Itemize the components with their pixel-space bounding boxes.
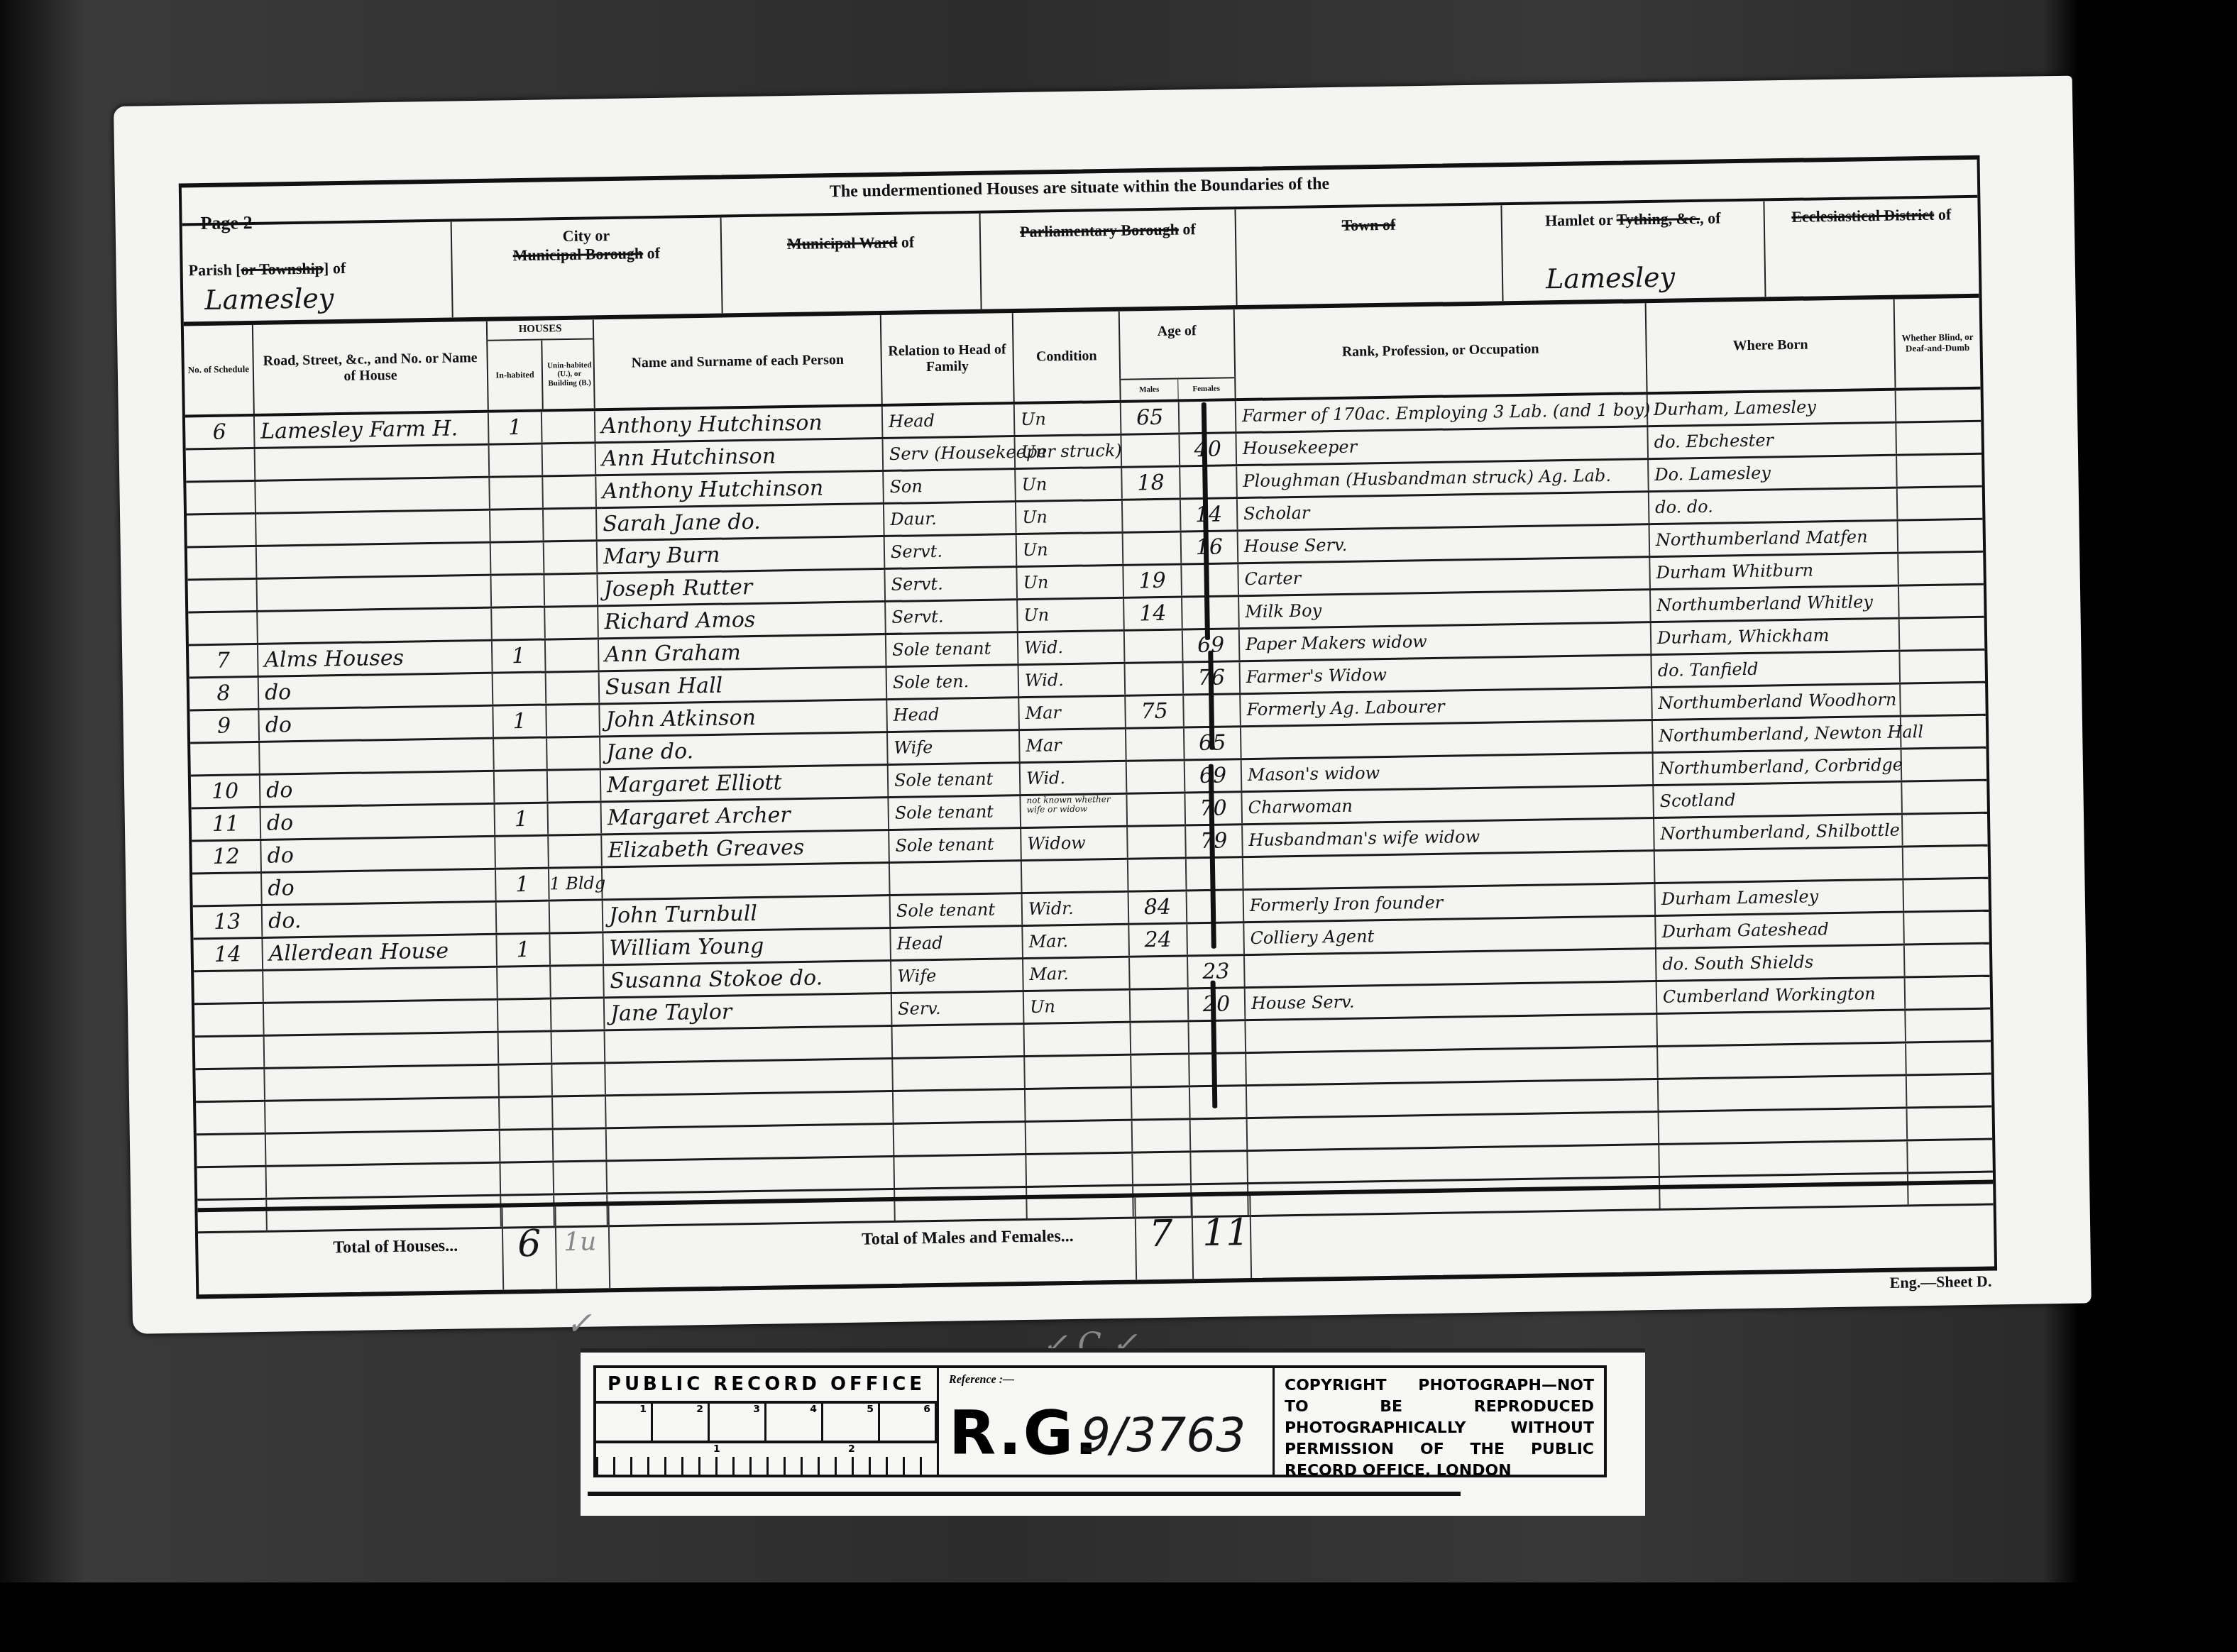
blind-deaf-cell bbox=[1903, 879, 1989, 911]
blind-deaf-cell bbox=[1903, 847, 1989, 879]
occupation-cell: Farmer of 170ac. Employing 3 Lab. (and 1… bbox=[1236, 395, 1649, 431]
birthplace-cell: Durham, Lamesley bbox=[1648, 391, 1897, 425]
admin-ecclesiastical-district: Ecclesiastical District of bbox=[1764, 198, 1979, 297]
ecclesiastical-label-struck: Ecclesiastical District bbox=[1791, 206, 1934, 226]
col-occupation: Rank, Profession, or Occupation bbox=[1235, 303, 1648, 398]
uninhabited-cell bbox=[543, 476, 597, 507]
table-body: 6Lamesley Farm H.1Anthony HutchinsonHead… bbox=[185, 390, 1994, 1234]
road-cell: do bbox=[259, 674, 494, 708]
parliamentary-label-struck: Parliamentary Borough bbox=[1020, 220, 1179, 241]
total-persons-label: Total of Males and Females... bbox=[862, 1227, 1074, 1250]
name-cell: Anthony Hutchinson bbox=[595, 407, 884, 441]
age-female-cell: 40 bbox=[1180, 434, 1237, 465]
schedule-cell: 11 bbox=[192, 808, 262, 840]
blind-deaf-cell bbox=[1898, 488, 1983, 519]
uninhabited-cell bbox=[551, 966, 605, 997]
relation-cell bbox=[894, 1090, 1026, 1123]
inhabited-cell bbox=[492, 608, 546, 639]
relation-cell: Servt. bbox=[885, 568, 1018, 600]
inhabited-cell bbox=[495, 836, 549, 867]
relation-cell: Head bbox=[891, 927, 1023, 959]
birthplace-cell: Cumberland Workington bbox=[1657, 978, 1906, 1012]
relation-cell: Sole tenant bbox=[889, 796, 1021, 829]
occupation-cell: Husbandman's wife widow bbox=[1243, 819, 1655, 856]
birthplace-cell: Durham Whitburn bbox=[1650, 554, 1899, 588]
uninhabited-cell bbox=[548, 770, 602, 801]
pro-title: PUBLIC RECORD OFFICE bbox=[596, 1368, 937, 1404]
blind-deaf-cell bbox=[1905, 945, 1990, 976]
age-male-cell bbox=[1132, 1087, 1191, 1118]
occupation-cell bbox=[1247, 1080, 1659, 1117]
age-male-cell bbox=[1128, 826, 1187, 857]
condition-cell: Mar. bbox=[1023, 958, 1131, 990]
relation-cell: Sole tenant bbox=[891, 894, 1023, 927]
age-group-label: Age of bbox=[1157, 323, 1196, 340]
road-cell bbox=[255, 446, 490, 480]
name-cell: Susanna Stokoe do. bbox=[604, 962, 892, 996]
inhabited-cell bbox=[490, 478, 544, 509]
name-cell: Joseph Rutter bbox=[598, 570, 886, 605]
age-male-cell bbox=[1128, 859, 1187, 890]
blind-deaf-cell bbox=[1907, 1108, 1992, 1140]
relation-cell: Head bbox=[887, 698, 1020, 731]
age-female-cell bbox=[1182, 597, 1240, 628]
scan-background-bottom bbox=[0, 1582, 2237, 1652]
age-male-cell bbox=[1121, 434, 1180, 466]
schedule-cell bbox=[186, 482, 256, 514]
occupation-cell: Charwoman bbox=[1242, 786, 1654, 823]
road-cell: Allerdean House bbox=[263, 935, 498, 969]
age-male-cell bbox=[1133, 1152, 1192, 1184]
blind-deaf-cell bbox=[1896, 390, 1982, 422]
name-cell: John Turnbull bbox=[603, 896, 891, 931]
age-male-cell bbox=[1126, 663, 1185, 694]
name-cell bbox=[606, 1092, 894, 1127]
col-relation: Relation to Head of Family bbox=[881, 313, 1015, 404]
occupation-cell: Mason's widow bbox=[1242, 754, 1654, 791]
birthplace-cell: Northumberland Whitley bbox=[1651, 587, 1900, 621]
name-cell: Anthony Hutchinson bbox=[596, 472, 884, 507]
hamlet-value: Lamesley bbox=[1546, 261, 1676, 294]
total-houses-label: Total of Houses... bbox=[333, 1237, 458, 1258]
age-male-cell: 84 bbox=[1129, 891, 1188, 923]
admin-municipal-ward: Municipal Ward of bbox=[722, 214, 982, 314]
public-record-office-stamp: PUBLIC RECORD OFFICE 1 2 3 4 5 6 1 2 Ref… bbox=[581, 1348, 1645, 1516]
blind-deaf-cell bbox=[1906, 1010, 1991, 1042]
blind-deaf-cell bbox=[1906, 1042, 1991, 1074]
occupation-cell: Formerly Iron founder bbox=[1244, 884, 1656, 921]
condition-cell bbox=[1026, 1121, 1133, 1153]
name-cell bbox=[607, 1125, 895, 1160]
inhabited-cell: 1 bbox=[495, 804, 549, 835]
road-cell bbox=[263, 968, 498, 1002]
birthplace-cell bbox=[1659, 1076, 1908, 1110]
birthplace-cell: do. Ebchester bbox=[1648, 424, 1897, 458]
occupation-cell: Formerly Ag. Labourer bbox=[1241, 688, 1653, 725]
ruler-cm: 1 2 3 4 5 6 bbox=[596, 1404, 937, 1443]
occupation-cell bbox=[1245, 949, 1657, 986]
age-female-cell bbox=[1180, 401, 1237, 432]
schedule-cell bbox=[192, 874, 263, 905]
inhabited-cell bbox=[500, 1130, 554, 1161]
age-female-cell: 14 bbox=[1181, 499, 1238, 530]
col-condition: Condition bbox=[1013, 312, 1121, 402]
inhabited-cell bbox=[500, 1162, 554, 1194]
parish-label-suffix: ] of bbox=[324, 259, 346, 277]
relation-cell: Daur. bbox=[884, 502, 1017, 535]
uninhabited-cell: 1 Bldg bbox=[549, 868, 603, 899]
schedule-cell bbox=[195, 1037, 265, 1069]
name-cell: Ann Graham bbox=[599, 635, 887, 670]
schedule-cell bbox=[197, 1135, 267, 1167]
uninhabited-cell bbox=[546, 639, 600, 671]
inhabited-cell bbox=[493, 673, 547, 705]
age-male-cell bbox=[1131, 989, 1189, 1020]
road-cell: Alms Houses bbox=[258, 641, 493, 676]
name-cell bbox=[603, 864, 891, 898]
occupation-cell: Carter bbox=[1238, 558, 1651, 595]
total-males: 7 bbox=[1149, 1213, 1173, 1256]
inhabited-cell bbox=[494, 739, 548, 770]
sheet-code: Eng.—Sheet D. bbox=[1890, 1272, 1992, 1292]
schedule-cell: 13 bbox=[193, 906, 263, 938]
schedule-cell bbox=[190, 743, 260, 775]
inhabited-cell bbox=[490, 445, 544, 476]
stamp-underline bbox=[588, 1492, 1461, 1496]
uninhabited-cell bbox=[550, 933, 604, 964]
schedule-cell bbox=[196, 1102, 266, 1134]
birthplace-cell bbox=[1657, 1011, 1906, 1045]
blind-deaf-cell bbox=[1896, 422, 1982, 454]
schedule-cell: 9 bbox=[189, 710, 260, 742]
condition-cell bbox=[1025, 1056, 1132, 1088]
birthplace-cell bbox=[1659, 1141, 1908, 1175]
road-cell: do bbox=[259, 707, 494, 741]
schedule-cell bbox=[187, 514, 257, 546]
occupation-cell: Farmer's Widow bbox=[1240, 656, 1652, 693]
uninhabited-cell bbox=[547, 737, 601, 769]
inhabited-cell: 1 bbox=[493, 641, 546, 672]
blind-deaf-cell bbox=[1902, 781, 1987, 813]
admin-parliamentary-borough: Parliamentary Borough of bbox=[981, 209, 1238, 309]
name-cell: Margaret Elliott bbox=[601, 766, 889, 800]
name-cell: Richard Amos bbox=[598, 602, 886, 637]
census-form: The undermentioned Houses are situate wi… bbox=[179, 155, 1997, 1299]
occupation-cell bbox=[1246, 1047, 1659, 1084]
age-female-cell bbox=[1190, 1086, 1248, 1118]
uninhabited-cell bbox=[553, 1096, 607, 1128]
blind-deaf-cell bbox=[1907, 1075, 1992, 1107]
col-inhabited: In-habited bbox=[488, 341, 544, 410]
inhabited-cell: 1 bbox=[493, 706, 547, 737]
age-male-cell bbox=[1123, 532, 1182, 563]
relation-cell: Servt. bbox=[885, 535, 1018, 568]
reference-section: Reference :— R.G. 9/3763 bbox=[939, 1368, 1275, 1475]
inhabited-cell bbox=[495, 771, 549, 803]
birthplace-cell: Northumberland, Corbridge bbox=[1654, 750, 1903, 784]
schedule-cell bbox=[186, 449, 256, 481]
relation-cell: Serv (Housekeeper struck) bbox=[884, 437, 1016, 470]
name-cell bbox=[607, 1157, 895, 1192]
blind-deaf-cell bbox=[1900, 651, 1985, 683]
condition-cell: Un bbox=[1015, 403, 1122, 435]
relation-cell: Wife bbox=[891, 959, 1024, 992]
inhabited-cell bbox=[497, 901, 551, 932]
birthplace-cell bbox=[1659, 1108, 1908, 1142]
occupation-cell bbox=[1248, 1113, 1660, 1150]
age-male-cell bbox=[1123, 500, 1182, 531]
copyright-notice: COPYRIGHT PHOTOGRAPH—NOT TO BE REPRODUCE… bbox=[1275, 1368, 1604, 1475]
schedule-cell: 10 bbox=[191, 776, 261, 808]
col-road: Road, Street, &c., and No. or Name of Ho… bbox=[253, 321, 489, 414]
total-houses-inhabited: 6 bbox=[517, 1223, 542, 1266]
blind-deaf-cell bbox=[1902, 749, 1987, 781]
relation-cell: Serv. bbox=[892, 992, 1025, 1025]
road-cell: do. bbox=[263, 903, 498, 937]
birthplace-cell: do. South Shields bbox=[1656, 946, 1906, 980]
condition-cell: Un bbox=[1024, 991, 1131, 1023]
ruler-inch: 1 2 bbox=[596, 1443, 937, 1477]
col-age-females: Females bbox=[1178, 378, 1235, 399]
road-cell: do bbox=[261, 837, 496, 871]
road-cell bbox=[257, 544, 492, 578]
road-cell bbox=[258, 609, 493, 643]
uninhabited-cell bbox=[552, 1064, 606, 1095]
uninhabited-cell bbox=[542, 411, 596, 442]
road-cell: do bbox=[262, 870, 497, 904]
uninhabited-cell bbox=[551, 998, 605, 1030]
houses-group-label: HOUSES bbox=[488, 319, 593, 341]
name-cell: Sarah Jane do. bbox=[597, 505, 885, 539]
occupation-cell: Paper Makers widow bbox=[1240, 623, 1652, 660]
uninhabited-cell bbox=[549, 803, 603, 834]
col-age-males: Males bbox=[1121, 379, 1178, 400]
schedule-cell: 7 bbox=[189, 645, 259, 677]
name-cell: William Young bbox=[603, 929, 891, 964]
schedule-cell bbox=[197, 1167, 268, 1199]
blind-deaf-cell bbox=[1901, 716, 1986, 748]
blind-deaf-cell bbox=[1899, 585, 1984, 617]
schedule-cell: 12 bbox=[192, 841, 262, 873]
birthplace-cell: do. Tanfield bbox=[1651, 652, 1901, 686]
condition-cell: Un bbox=[1016, 501, 1123, 533]
road-cell bbox=[265, 1066, 500, 1100]
relation-cell: Sole tenant bbox=[889, 764, 1021, 796]
condition-cell: not known whether wife or widow bbox=[1021, 795, 1128, 827]
parish-label-struck: or Township bbox=[241, 259, 324, 278]
birthplace-cell: Northumberland Woodhorn bbox=[1652, 685, 1901, 719]
schedule-cell: 14 bbox=[193, 939, 263, 971]
age-female-cell bbox=[1189, 1021, 1246, 1052]
age-male-cell: 65 bbox=[1121, 402, 1180, 433]
borough-label-struck: Municipal Borough bbox=[512, 244, 643, 264]
relation-cell: Head bbox=[883, 404, 1016, 437]
total-females: 11 bbox=[1202, 1211, 1250, 1255]
road-cell: do bbox=[260, 772, 495, 806]
blind-deaf-cell bbox=[1897, 455, 1982, 487]
age-male-cell bbox=[1133, 1120, 1192, 1151]
blind-deaf-cell bbox=[1901, 683, 1986, 715]
condition-cell bbox=[1026, 1154, 1133, 1186]
occupation-cell: Colliery Agent bbox=[1244, 917, 1656, 954]
col-birthplace: Where Born bbox=[1647, 299, 1896, 392]
inhabited-cell bbox=[498, 999, 552, 1030]
admin-parish: Parish [or Township] of Lamesley bbox=[182, 222, 454, 322]
road-cell bbox=[258, 576, 493, 610]
schedule-cell bbox=[195, 1069, 265, 1101]
total-houses-uninhabited: 1u bbox=[564, 1228, 597, 1257]
road-cell bbox=[256, 511, 491, 545]
col-schedule: No. of Schedule bbox=[184, 325, 255, 415]
condition-cell: Un bbox=[1016, 468, 1123, 500]
blind-deaf-cell bbox=[1904, 912, 1989, 944]
road-cell bbox=[260, 739, 495, 773]
reference-label: Reference :— bbox=[949, 1374, 1014, 1387]
condition-cell: Mar bbox=[1019, 697, 1126, 729]
condition-cell: Mar. bbox=[1023, 925, 1130, 957]
age-male-cell: 24 bbox=[1129, 924, 1188, 955]
schedule-cell bbox=[187, 547, 258, 579]
road-cell bbox=[267, 1164, 502, 1198]
name-cell: Jane Taylor bbox=[605, 994, 893, 1029]
col-blind-deaf: Whether Blind, or Deaf-and-Dumb bbox=[1895, 298, 1981, 388]
uninhabited-cell bbox=[545, 607, 599, 638]
inhabited-cell bbox=[500, 1097, 554, 1128]
age-female-cell bbox=[1191, 1119, 1248, 1150]
admin-town: Town of bbox=[1236, 205, 1503, 305]
schedule-cell bbox=[194, 971, 264, 1003]
age-male-cell bbox=[1131, 1022, 1189, 1053]
inhabited-cell bbox=[491, 543, 545, 574]
birthplace-cell: Northumberland, Newton Hall bbox=[1653, 717, 1902, 751]
ward-label-struck: Municipal Ward bbox=[787, 233, 898, 253]
road-cell bbox=[255, 478, 490, 512]
birthplace-cell: Northumberland Matfen bbox=[1650, 522, 1899, 556]
col-age-group: Age of Males Females bbox=[1120, 309, 1236, 400]
name-cell: Ann Hutchinson bbox=[596, 439, 884, 474]
col-uninhabited: Unin-habited (U.), or Building (B.) bbox=[541, 339, 598, 409]
occupation-cell: House Serv. bbox=[1238, 525, 1651, 562]
birthplace-cell: Northumberland, Shilbottle bbox=[1654, 815, 1903, 849]
name-cell: John Atkinson bbox=[600, 700, 888, 735]
uninhabited-cell bbox=[550, 901, 604, 932]
age-female-cell: 16 bbox=[1182, 532, 1239, 563]
road-cell bbox=[265, 1033, 500, 1067]
census-sheet: The undermentioned Houses are situate wi… bbox=[114, 76, 2092, 1334]
name-cell: Susan Hall bbox=[600, 668, 888, 703]
census-table: No. of Schedule Road, Street, &c., and N… bbox=[184, 298, 1993, 1210]
occupation-cell: Housekeeper bbox=[1236, 427, 1649, 464]
condition-cell: Un bbox=[1018, 599, 1125, 631]
relation-cell bbox=[894, 1155, 1027, 1188]
schedule-cell bbox=[188, 612, 258, 644]
inhabited-cell: 1 bbox=[497, 934, 551, 965]
blind-deaf-cell bbox=[1898, 553, 1984, 585]
age-male-cell: 75 bbox=[1126, 695, 1185, 727]
uninhabited-cell bbox=[554, 1129, 608, 1160]
road-cell bbox=[266, 1131, 501, 1165]
relation-cell: Sole tenant bbox=[889, 829, 1022, 861]
birthplace-cell bbox=[1655, 848, 1904, 882]
schedule-cell: 6 bbox=[185, 417, 255, 448]
age-male-cell bbox=[1131, 1054, 1190, 1086]
birthplace-cell: Durham Lamesley bbox=[1655, 881, 1904, 915]
town-label-struck: Town of bbox=[1341, 216, 1395, 234]
parish-label-prefix: Parish [ bbox=[188, 260, 241, 279]
condition-cell bbox=[1024, 1023, 1131, 1055]
uninhabited-cell bbox=[544, 541, 598, 573]
inhabited-cell bbox=[498, 967, 551, 998]
birthplace-cell bbox=[1658, 1043, 1907, 1077]
age-female-cell bbox=[1191, 1152, 1248, 1183]
birthplace-cell: Durham, Whickham bbox=[1651, 619, 1901, 654]
road-cell bbox=[264, 1001, 499, 1035]
reference-number: 9/3763 bbox=[1081, 1408, 1246, 1463]
age-male-cell: 19 bbox=[1123, 565, 1182, 596]
condition-cell: Wid. bbox=[1019, 664, 1126, 696]
uninhabited-cell bbox=[543, 444, 597, 475]
inhabited-cell bbox=[499, 1032, 553, 1063]
name-cell: Margaret Archer bbox=[601, 798, 889, 833]
birthplace-cell: do. do. bbox=[1649, 489, 1898, 523]
condition-cell: Wid. bbox=[1018, 632, 1126, 663]
condition-cell: Mar bbox=[1020, 729, 1127, 761]
relation-cell: Son bbox=[884, 470, 1016, 502]
parish-value: Lamesley bbox=[204, 282, 334, 316]
inhabited-cell bbox=[499, 1064, 553, 1096]
col-houses-group: HOUSES In-habited Unin-habited (U.), or … bbox=[488, 319, 595, 409]
condition-cell bbox=[1022, 860, 1129, 892]
occupation-cell: Scholar bbox=[1238, 492, 1650, 529]
reference-series: R.G. bbox=[949, 1398, 1099, 1469]
occupation-cell bbox=[1248, 1145, 1660, 1182]
condition-cell: Widow bbox=[1021, 827, 1128, 859]
admin-hamlet: Hamlet or Tything, &c., of Lamesley bbox=[1502, 201, 1766, 301]
condition-cell bbox=[1026, 1089, 1133, 1120]
blind-deaf-cell bbox=[1898, 520, 1983, 552]
relation-cell: Wife bbox=[888, 731, 1021, 764]
blind-deaf-cell bbox=[1906, 977, 1991, 1009]
birthplace-cell: Scotland bbox=[1654, 783, 1903, 817]
name-cell: Jane do. bbox=[600, 733, 889, 768]
relation-cell: Sole ten. bbox=[887, 666, 1020, 698]
age-male-cell bbox=[1127, 761, 1186, 792]
age-male-cell bbox=[1126, 728, 1185, 759]
age-female-cell bbox=[1189, 1054, 1247, 1085]
name-cell bbox=[605, 1027, 894, 1062]
age-female-cell bbox=[1182, 564, 1239, 595]
schedule-cell: 8 bbox=[189, 678, 260, 710]
inhabited-cell bbox=[491, 576, 545, 607]
relation-cell bbox=[890, 861, 1023, 894]
age-female-cell: 23 bbox=[1188, 956, 1246, 987]
name-cell bbox=[605, 1059, 894, 1094]
relation-cell: Servt. bbox=[886, 600, 1018, 633]
relation-cell bbox=[894, 1123, 1027, 1155]
condition-cell: Un bbox=[1017, 566, 1124, 598]
occupation-cell bbox=[1246, 1015, 1658, 1052]
name-cell: Mary Burn bbox=[598, 537, 886, 572]
pro-ruler-section: PUBLIC RECORD OFFICE 1 2 3 4 5 6 1 2 bbox=[596, 1368, 939, 1475]
relation-cell: Sole tenant bbox=[886, 633, 1019, 666]
road-cell: do bbox=[261, 805, 496, 839]
age-male-cell bbox=[1127, 793, 1186, 825]
occupation-cell: House Serv. bbox=[1246, 982, 1658, 1019]
inhabited-cell: 1 bbox=[496, 869, 550, 900]
birthplace-cell: Durham Gateshead bbox=[1656, 913, 1905, 947]
blind-deaf-cell bbox=[1903, 814, 1988, 846]
relation-cell bbox=[893, 1057, 1026, 1090]
